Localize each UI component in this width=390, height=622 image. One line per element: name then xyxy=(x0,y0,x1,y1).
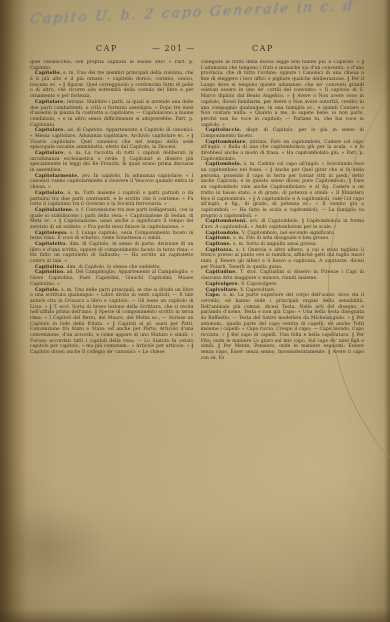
running-title-right: CAP xyxy=(252,44,274,53)
dictionary-entry: Capitudine. T. stor. Capitudini si disse… xyxy=(201,270,365,281)
page-number: — 201 — xyxy=(152,44,195,53)
entry-term: Capo. xyxy=(206,293,221,298)
column-left: quel cavalocchio, son propria capitata i… xyxy=(30,60,194,552)
entry-term: Capitondolo. xyxy=(206,231,241,236)
entry-term: Capitone. xyxy=(206,242,232,247)
entry-term: Capitolarmente. xyxy=(35,174,79,179)
entry-term: Capitoluccio. xyxy=(206,128,242,133)
entry-term: Capitolato. xyxy=(35,191,65,196)
entry-term: Capitomboloni. xyxy=(206,219,248,224)
dictionary-entry: Capitoletto. dim. di Capitolo, in senso … xyxy=(30,242,194,265)
dictionary-entry: Capitolarmente. avv. In capitolo, In adu… xyxy=(30,174,194,191)
dictionary-entry: Capitolare. ad. di Capitolo. Appartenent… xyxy=(30,128,194,151)
entry-term: Capitombolo. xyxy=(206,162,242,167)
dictionary-entry: Capitolare. s. m. La raccolta di tutti i… xyxy=(30,151,194,174)
dictionary-entry: Capitombolare. intrans. Fare un capitomb… xyxy=(201,140,365,163)
dictionary-entry: Capitolazione. s. f. Convenzione tra due… xyxy=(30,208,194,231)
dictionary-entry: Capitolato. s. m. Tutti insieme i capito… xyxy=(30,191,194,208)
entry-term: Capitudine. xyxy=(206,270,238,275)
scanned-dictionary-page: Capito U. b. 2 capo Generale in c. d CAP… xyxy=(0,0,390,622)
dictionary-entry: Capo. s. m. La parte superiore del corpo… xyxy=(201,293,365,361)
handwritten-annotation: Capito U. b. 2 capo Generale in c. d xyxy=(29,0,350,28)
entry-term: Capitoletto. xyxy=(35,242,67,247)
dictionary-entry: Capitolessa. s. f. Lungo capitolo, ossia… xyxy=(30,231,194,242)
entry-term: Capivolgere. xyxy=(206,282,240,287)
entry-term: Capitolare. xyxy=(35,151,65,156)
entry-term: Capitolo. xyxy=(35,288,59,293)
entry-term: Capitolino. xyxy=(35,265,65,270)
dictionary-entry: Capitoluccio. dispr. di Capitolo, per lo… xyxy=(201,128,365,139)
dictionary-entry: Capitolo. s. m. Una delle parti principa… xyxy=(30,288,194,356)
dictionary-entry: Capitozza. s. f. Quercia o altro albero,… xyxy=(201,248,365,271)
entry-term: Capitolare. xyxy=(35,100,65,105)
dictionary-entry: Capitello. s. m. Uno dei tre membri prin… xyxy=(30,71,194,99)
dictionary-entry: Capitomboloni. avv. di Capitombolo. ‖ Ca… xyxy=(201,219,365,230)
entry-term: Capitolessa. xyxy=(35,231,68,236)
dictionary-entry: Capitolare. intrans. Stabilire i patti, … xyxy=(30,100,194,128)
dictionary-entry: Capitolino. ad. Del Campidoglio, Apparte… xyxy=(30,270,194,287)
entry-term: Capitolazione. xyxy=(35,208,74,213)
entry-term: Capitombolare. xyxy=(206,140,248,145)
entry-term: Capitozza. xyxy=(206,248,234,253)
entry-continuation: quel cavalocchio, son propria capitata i… xyxy=(30,60,194,71)
entry-term: Capitolare. xyxy=(35,128,65,133)
entry-term: Capivoltare. xyxy=(206,288,239,293)
text-columns: quel cavalocchio, son propria capitata i… xyxy=(30,60,364,552)
entry-continuation: collegiate in forza della nuova legge no… xyxy=(201,60,365,128)
running-header: CAP — 201 — CAP xyxy=(30,44,362,56)
page-right-edge-shadow xyxy=(384,0,390,622)
book-binding-shadow xyxy=(0,0,26,622)
entry-term: Capitone. xyxy=(206,236,232,241)
entry-term: Capitolino. xyxy=(35,270,65,275)
page-bottom-edge-shadow xyxy=(0,608,390,622)
running-title-left: CAP xyxy=(96,44,118,53)
entry-term: Capitello. xyxy=(35,71,61,76)
column-right: collegiate in forza della nuova legge no… xyxy=(201,60,365,552)
dictionary-entry: Capitombolo. s. m. Caduta col capo all'i… xyxy=(201,162,365,219)
